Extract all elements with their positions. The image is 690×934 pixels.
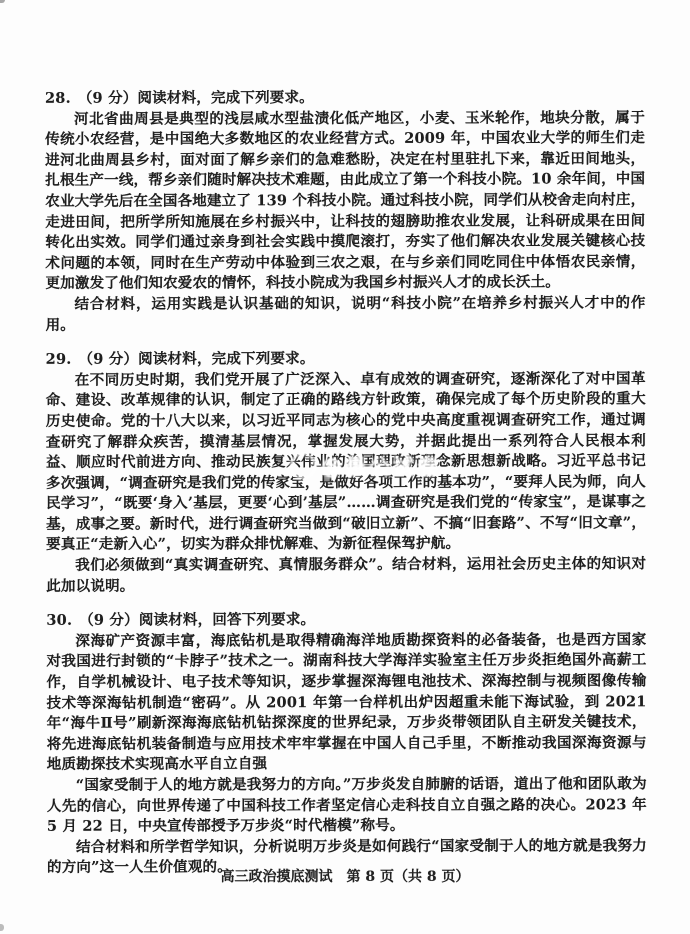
page-content: 28.（9 分）阅读材料，完成下列要求。 河北省曲周县是典型的浅层咸水型盐渍化低… xyxy=(45,87,647,879)
page-footer: 高三政治摸底测试 第 8 页（共 8 页） xyxy=(0,866,690,886)
question-30: 30.（9 分）阅读材料，回答下列要求。 深海矿产资源丰富，海底钻机是取得精确海… xyxy=(46,609,647,878)
scan-artifact-top-left xyxy=(0,0,5,3)
question-28-number: 28. xyxy=(45,90,71,107)
question-29-task: 我们必须做到“真实调查研究、真情服务群众”。结合材料，运用社会历史主体的知识对此… xyxy=(46,554,646,597)
question-29-number: 29. xyxy=(46,351,72,368)
question-30-intro: （9 分）阅读材料，回答下列要求。 xyxy=(79,611,315,629)
question-29-header: 29.（9 分）阅读材料，完成下列要求。 xyxy=(46,348,646,370)
question-29-intro: （9 分）阅读材料，完成下列要求。 xyxy=(78,350,314,368)
question-28-material: 河北省曲周县是典型的浅层咸水型盐渍化低产地区，小麦、玉米轮作，地块分散，属于传统… xyxy=(45,108,645,295)
question-30-material-1: 深海矿产资源丰富，海底钻机是取得精确海洋地质勘探资料的必备装备，也是西方国家对我… xyxy=(46,630,646,776)
question-30-header: 30.（9 分）阅读材料，回答下列要求。 xyxy=(46,609,646,631)
question-29-material: 在不同历史时期，我们党开展了广泛深入、卓有成效的调查研究，逐渐深化了对中国革命、… xyxy=(46,369,646,556)
question-28-task: 结合材料，运用实践是认识基础的知识，说明“科技小院”在培养乡村振兴人才中的作用。 xyxy=(46,293,646,336)
question-28-intro: （9 分）阅读材料，完成下列要求。 xyxy=(78,89,314,107)
question-28-header: 28.（9 分）阅读材料，完成下列要求。 xyxy=(45,87,645,109)
question-30-material-2: “国家受制于人的地方就是我努力的方向。”万步炎发自肺腑的话语，道出了他和团队敢为… xyxy=(47,774,647,837)
question-29: 29.（9 分）阅读材料，完成下列要求。 在不同历史时期，我们党开展了广泛深入、… xyxy=(46,348,647,597)
exam-paper-page: 28.（9 分）阅读材料，完成下列要求。 河北省曲周县是典型的浅层咸水型盐渍化低… xyxy=(0,0,690,934)
question-30-number: 30. xyxy=(46,612,72,629)
question-28: 28.（9 分）阅读材料，完成下列要求。 河北省曲周县是典型的浅层咸水型盐渍化低… xyxy=(45,87,646,336)
scan-artifact-bottom-left xyxy=(0,924,4,931)
